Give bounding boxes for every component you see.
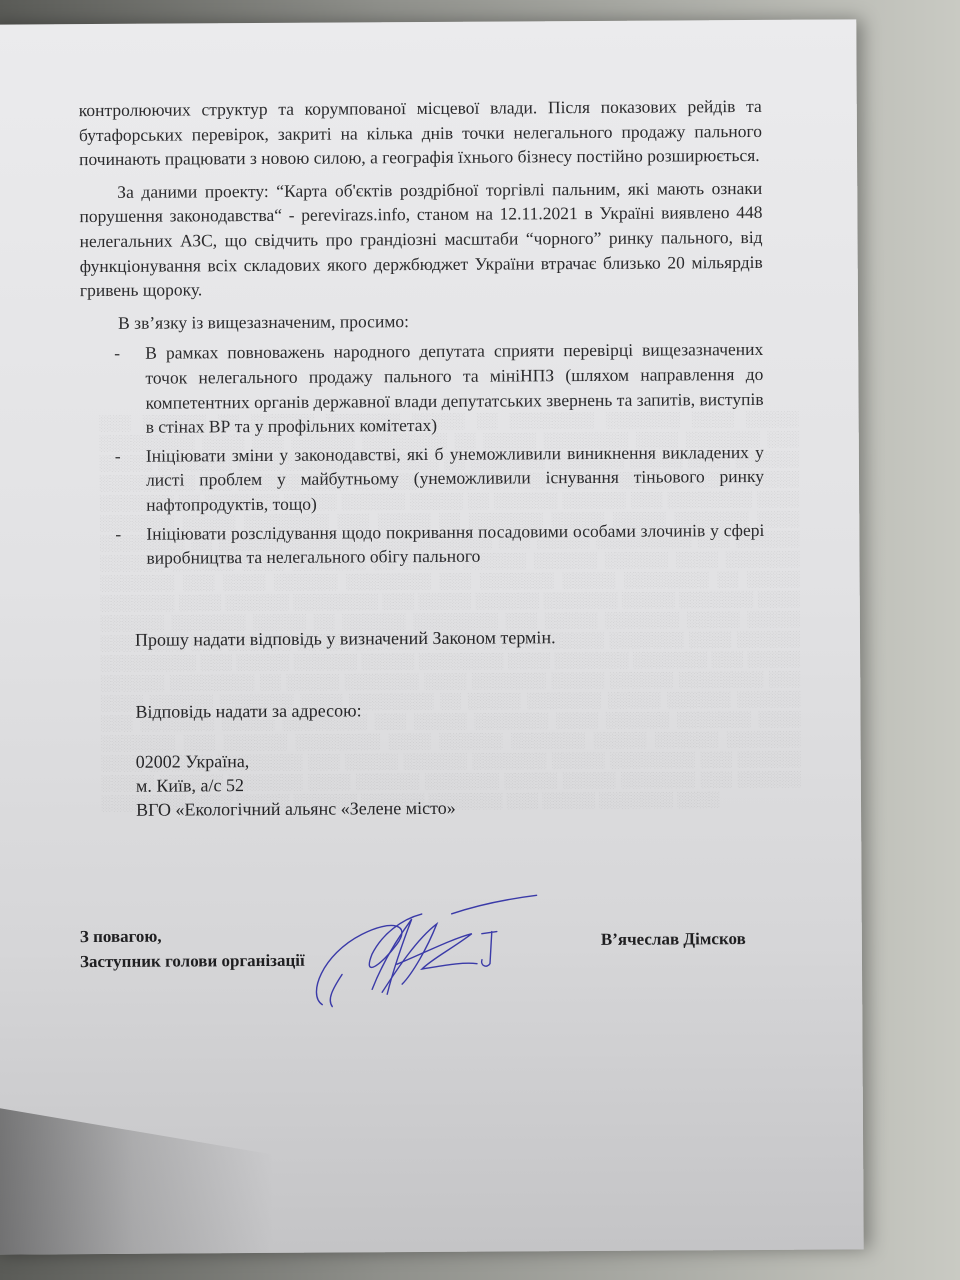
request-text: Ініціювати зміни у законодавстві, які б … <box>146 442 764 515</box>
request-item: - В рамках повноважень народного депутат… <box>80 337 764 440</box>
document-page: ░░░ ░░░░░░ ░░ ░░░░░░ ░░░░░░░ ░░░░░ ░░ ░░… <box>0 19 864 1254</box>
address-line: м. Київ, а/с 52 <box>136 771 557 798</box>
list-marker: - <box>115 521 121 546</box>
signoff-greeting: З повагою, <box>80 923 305 949</box>
list-marker: - <box>114 341 120 366</box>
requests-intro: В зв’язку із вищезазначеним, просимо: <box>80 307 763 336</box>
request-item: - Ініціювати зміни у законодавстві, які … <box>81 440 764 518</box>
list-marker: - <box>115 444 121 469</box>
paragraph-corruption: контролюючих структур та корумпованої мі… <box>79 94 762 172</box>
address-line: ВГО «Екологічний альянс «Зелене місто» <box>136 795 557 822</box>
requests-list: - В рамках повноважень народного депутат… <box>80 337 764 571</box>
paragraph-statistics: За даними проекту: “Карта об'єктів роздр… <box>79 176 763 303</box>
letter-body: контролюючих структур та корумпованої мі… <box>79 94 765 575</box>
response-request: Прошу надати відповідь у визначений Зако… <box>135 625 556 652</box>
request-text: В рамках повноважень народного депутата … <box>145 339 763 437</box>
closing-block: Прошу надати відповідь у визначений Зако… <box>135 625 557 822</box>
request-text: Ініціювати розслідування щодо покривання… <box>146 519 764 567</box>
request-item: - Ініціювати розслідування щодо покриван… <box>81 517 764 570</box>
signoff-position: Заступник голови організації <box>80 948 305 974</box>
address-line: 02002 Україна, <box>136 747 557 774</box>
signoff-block: З повагою, Заступник голови організації <box>80 923 305 974</box>
signatory-name: В’ячеслав Дімсков <box>601 929 746 950</box>
handwritten-signature <box>302 893 553 1015</box>
address-label: Відповідь надати за адресою: <box>135 697 556 724</box>
